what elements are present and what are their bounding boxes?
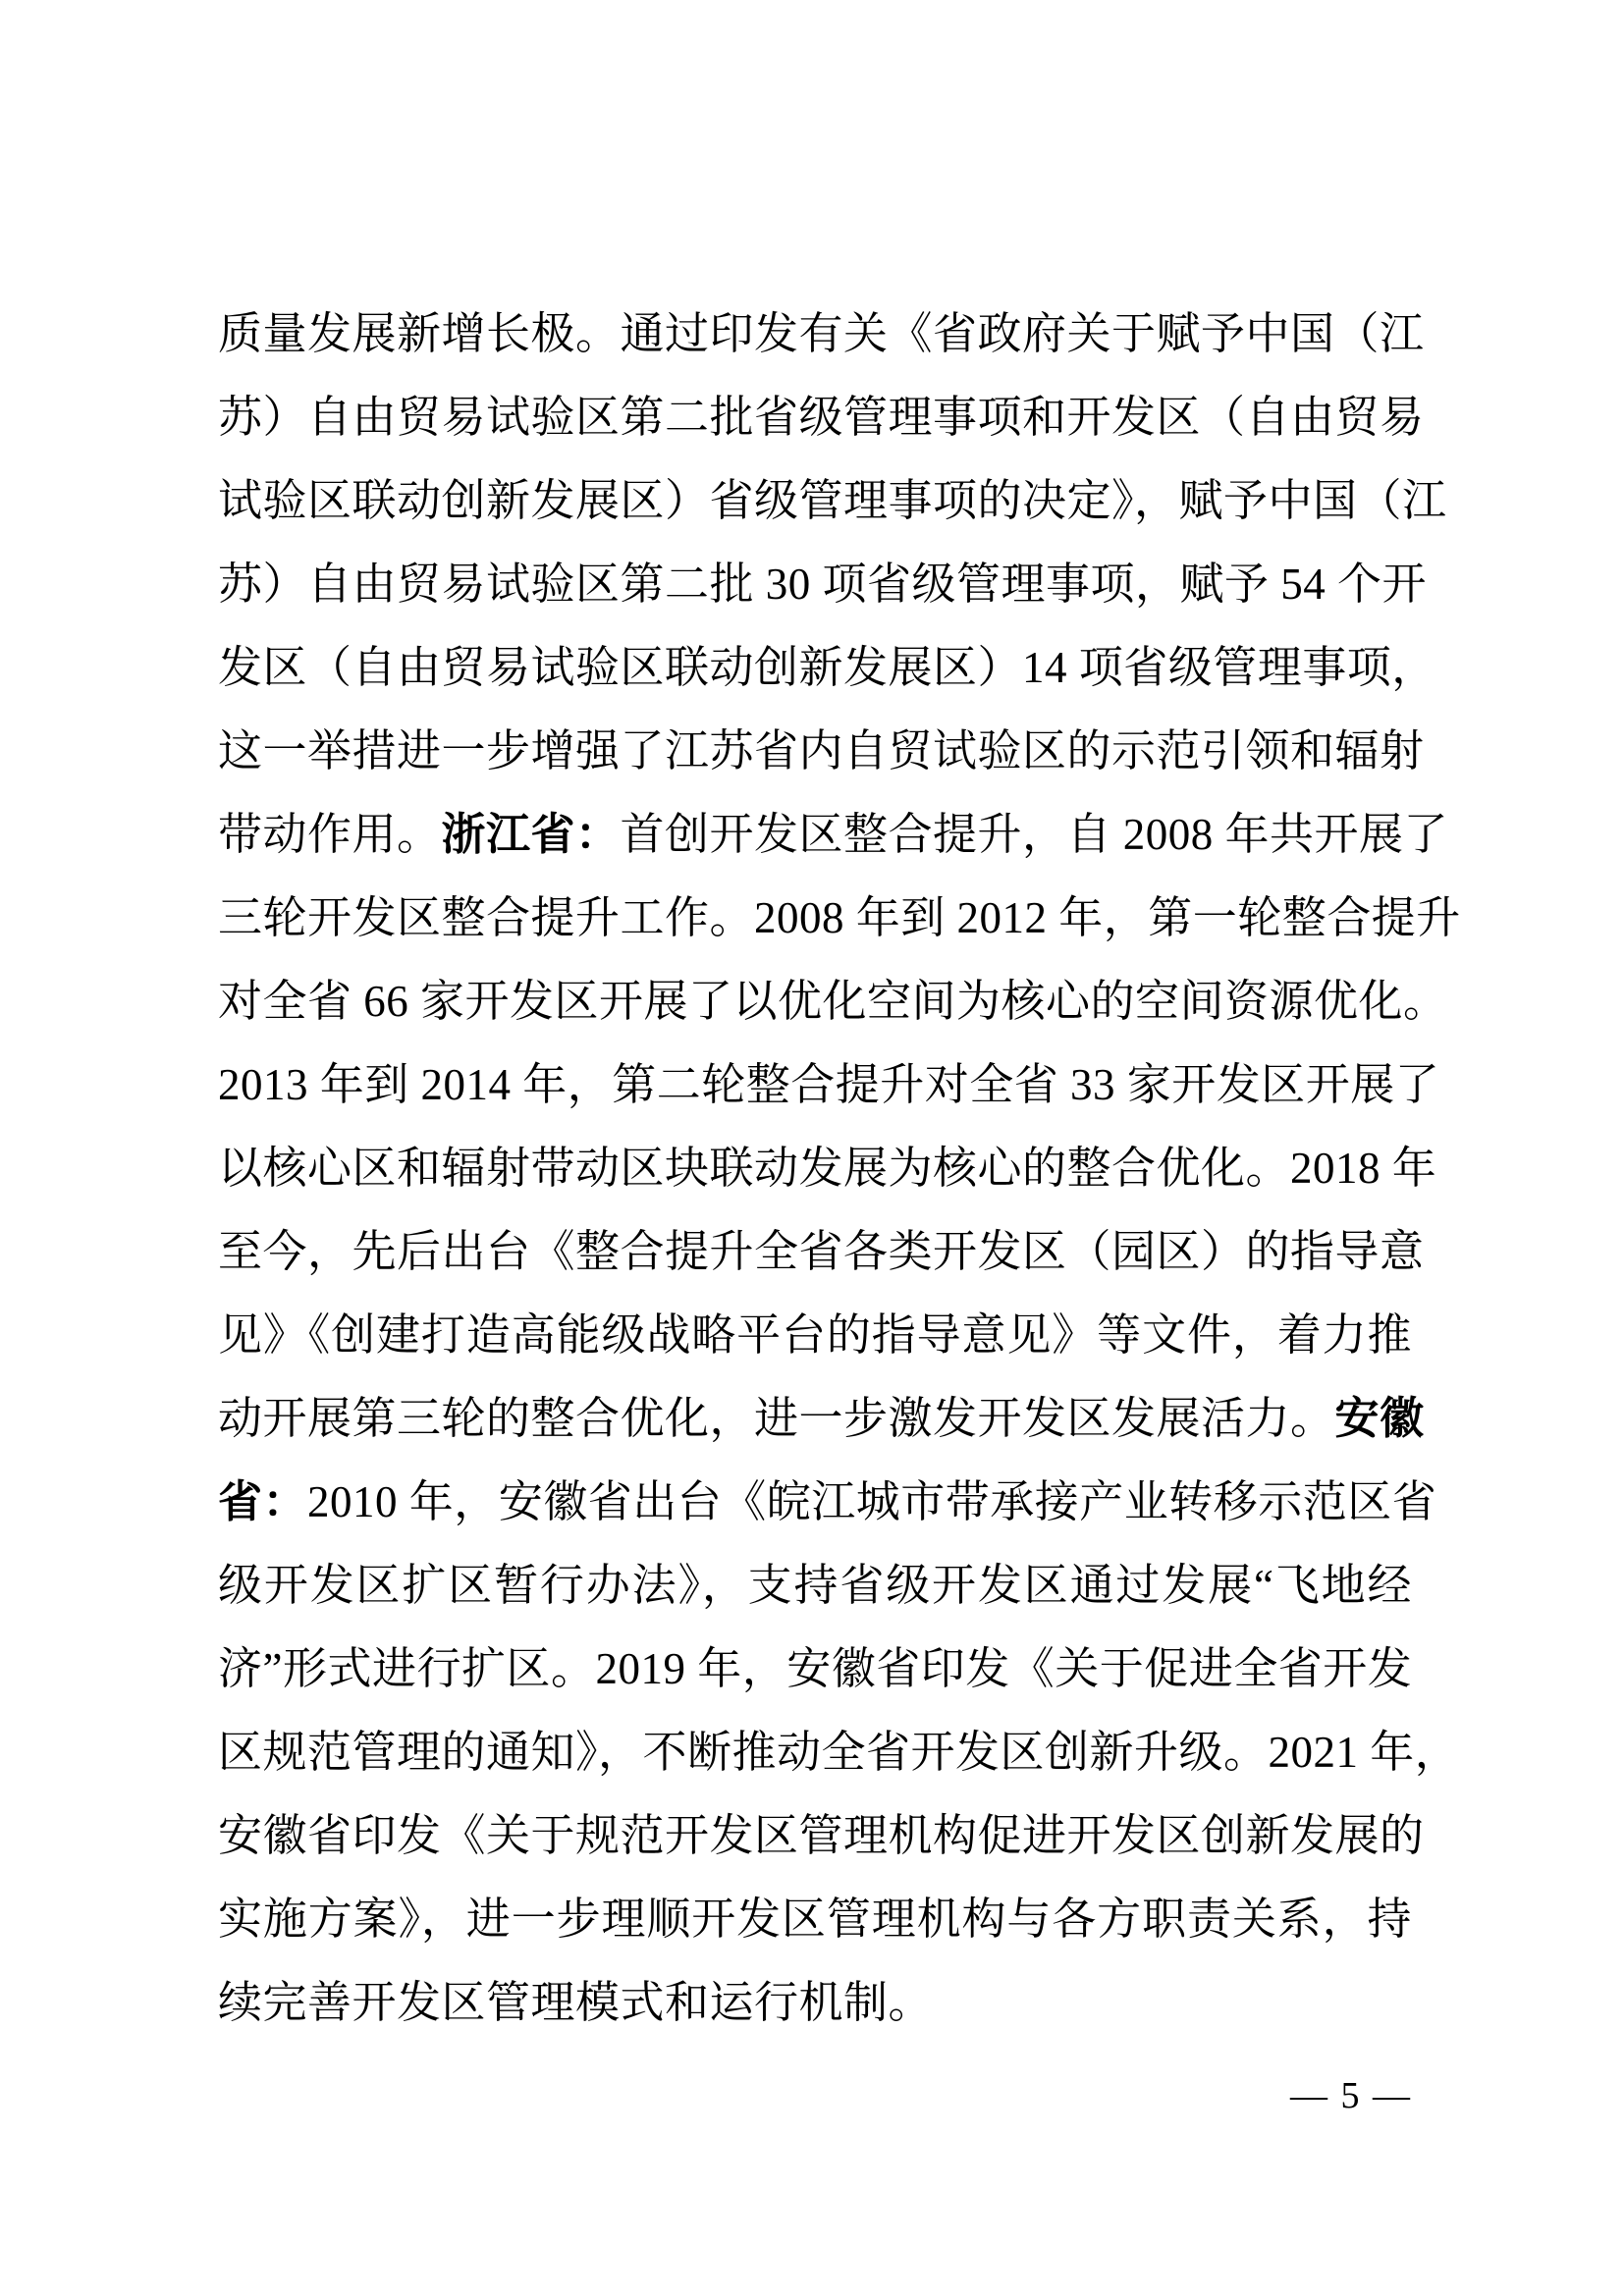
text-line: 质量发展新增长极。通过印发有关《省政府关于赋予中国（江 — [218, 293, 1412, 376]
text-line: 至今，先后出台《整合提升全省各类开发区（园区）的指导意 — [218, 1210, 1412, 1294]
document-page: 质量发展新增长极。通过印发有关《省政府关于赋予中国（江苏）自由贸易试验区第二批省… — [0, 0, 1624, 2296]
text-segment: 见》《创建打造高能级战略平台的指导意见》等文件，着力推 — [218, 1310, 1412, 1360]
page-number: — 5 — — [1290, 2071, 1412, 2120]
text-line: 这一举措进一步增强了江苏省内自贸试验区的示范引领和辐射 — [218, 710, 1412, 793]
text-line: 试验区联动创新发展区）省级管理事项的决定》，赋予中国（江 — [218, 459, 1412, 543]
text-line: 对全省 66 家开发区开展了以优化空间为核心的空间资源优化。 — [218, 960, 1412, 1043]
text-segment: 实施方案》，进一步理顺开发区管理机构与各方职责关系，持 — [218, 1895, 1412, 1944]
text-segment: 安徽省印发《关于规范开发区管理机构促进开发区创新发展的 — [218, 1811, 1425, 1860]
text-segment: 续完善开发区管理模式和运行机制。 — [218, 1978, 933, 2027]
text-segment: 苏）自由贸易试验区第二批 30 项省级管理事项，赋予 54 个开 — [218, 560, 1427, 609]
text-segment: 级开发区扩区暂行办法》，支持省级开发区通过发展“飞地经 — [218, 1561, 1412, 1610]
text-segment: 这一举措进一步增强了江苏省内自贸试验区的示范引领和辐射 — [218, 726, 1425, 775]
text-line: 见》《创建打造高能级战略平台的指导意见》等文件，着力推 — [218, 1294, 1412, 1377]
text-segment: 济”形式进行扩区。2019 年，安徽省印发《关于促进全省开发 — [218, 1644, 1412, 1693]
text-line: 苏）自由贸易试验区第二批 30 项省级管理事项，赋予 54 个开 — [218, 543, 1412, 626]
text-line: 带动作用。浙江省：首创开发区整合提升，自 2008 年共开展了 — [218, 793, 1412, 877]
text-segment: 苏）自由贸易试验区第二批省级管理事项和开发区（自由贸易 — [218, 393, 1425, 442]
text-segment: 区规范管理的通知》，不断推动全省开发区创新升级。2021 年， — [218, 1728, 1459, 1777]
text-segment: 至今，先后出台《整合提升全省各类开发区（园区）的指导意 — [218, 1227, 1425, 1276]
text-line: 省：2010 年，安徽省出台《皖江城市带承接产业转移示范区省 — [218, 1461, 1412, 1544]
text-line: 级开发区扩区暂行办法》，支持省级开发区通过发展“飞地经 — [218, 1544, 1412, 1628]
text-line: 三轮开发区整合提升工作。2008 年到 2012 年，第一轮整合提升 — [218, 877, 1412, 960]
text-segment: 以核心区和辐射带动区块联动发展为核心的整合优化。2018 年 — [218, 1144, 1436, 1193]
text-segment: 发区（自由贸易试验区联动创新发展区）14 项省级管理事项， — [218, 643, 1436, 692]
text-line: 动开展第三轮的整合优化，进一步激发开发区发展活力。安徽 — [218, 1377, 1412, 1461]
text-segment: 首创开发区整合提升，自 2008 年共开展了 — [621, 810, 1449, 859]
text-line: 苏）自由贸易试验区第二批省级管理事项和开发区（自由贸易 — [218, 376, 1412, 459]
text-segment-bold: 浙江省： — [442, 810, 621, 859]
paragraph-text-block: 质量发展新增长极。通过印发有关《省政府关于赋予中国（江苏）自由贸易试验区第二批省… — [218, 293, 1412, 2045]
text-segment: 质量发展新增长极。通过印发有关《省政府关于赋予中国（江 — [218, 309, 1425, 358]
text-segment: 带动作用。 — [218, 810, 442, 859]
text-segment: 三轮开发区整合提升工作。2008 年到 2012 年，第一轮整合提升 — [218, 893, 1461, 942]
text-segment: 试验区联动创新发展区）省级管理事项的决定》，赋予中国（江 — [218, 476, 1447, 525]
text-line: 续完善开发区管理模式和运行机制。 — [218, 1961, 1412, 2045]
text-line: 以核心区和辐射带动区块联动发展为核心的整合优化。2018 年 — [218, 1127, 1412, 1210]
text-line: 区规范管理的通知》，不断推动全省开发区创新升级。2021 年， — [218, 1711, 1412, 1794]
text-segment: 对全省 66 家开发区开展了以优化空间为核心的空间资源优化。 — [218, 977, 1448, 1026]
text-line: 发区（自由贸易试验区联动创新发展区）14 项省级管理事项， — [218, 626, 1412, 710]
text-segment: 2013 年到 2014 年，第二轮整合提升对全省 33 家开发区开展了 — [218, 1060, 1439, 1109]
text-segment-bold: 省： — [218, 1477, 307, 1526]
text-line: 实施方案》，进一步理顺开发区管理机构与各方职责关系，持 — [218, 1878, 1412, 1961]
text-line: 2013 年到 2014 年，第二轮整合提升对全省 33 家开发区开展了 — [218, 1043, 1412, 1127]
text-line: 济”形式进行扩区。2019 年，安徽省印发《关于促进全省开发 — [218, 1628, 1412, 1711]
text-segment: 2010 年，安徽省出台《皖江城市带承接产业转移示范区省 — [307, 1477, 1436, 1526]
text-segment: 动开展第三轮的整合优化，进一步激发开发区发展活力。 — [218, 1394, 1335, 1443]
text-line: 安徽省印发《关于规范开发区管理机构促进开发区创新发展的 — [218, 1794, 1412, 1878]
text-segment-bold: 安徽 — [1335, 1394, 1425, 1443]
